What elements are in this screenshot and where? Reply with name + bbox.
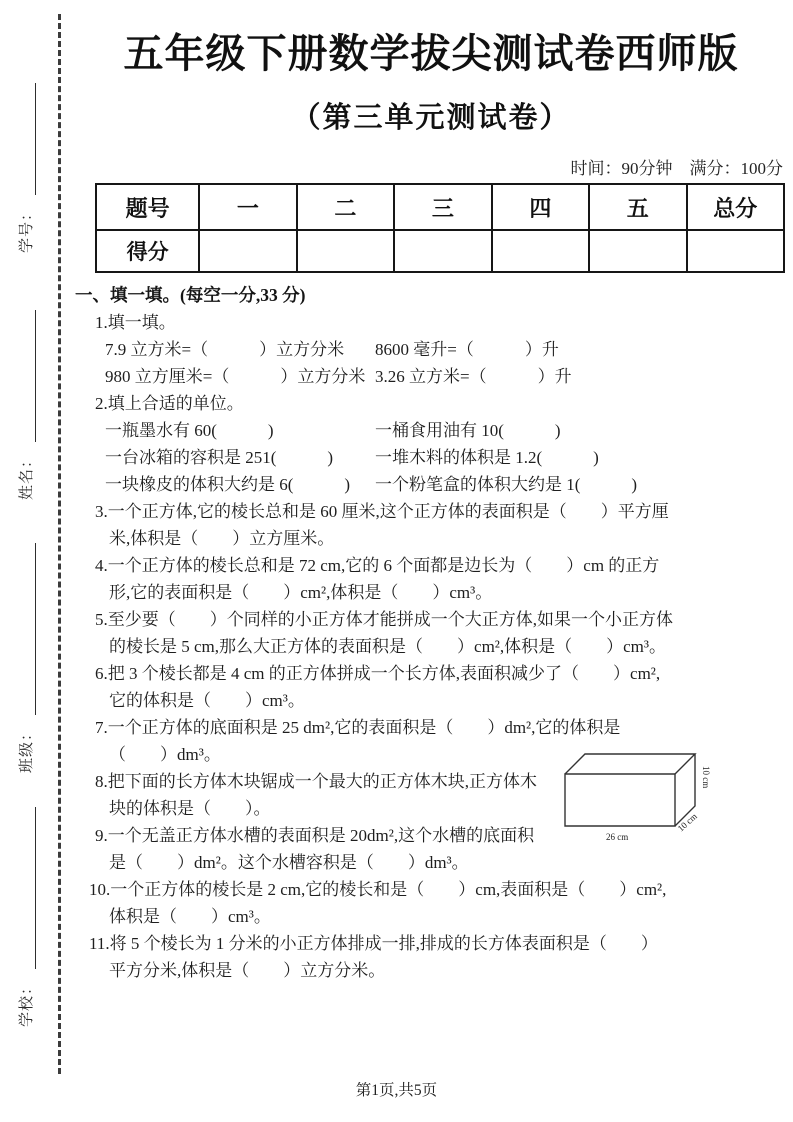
question-6: 6.把 3 个棱长都是 4 cm 的正方体拼成一个长方体,表面积减少了（ ）cm…: [75, 660, 787, 714]
question-1-row-1: 7.9 立方米=（ ）立方分米 8600 毫升=（ ）升: [75, 336, 787, 363]
question-6-line-1: 6.把 3 个棱长都是 4 cm 的正方体拼成一个长方体,表面积减少了（ ）cm…: [75, 660, 787, 687]
student-id-label: 学号：: [14, 205, 40, 253]
margin-field-student-id: 学号：: [14, 83, 40, 253]
main-content: 五年级下册数学拔尖测试卷西师版 （第三单元测试卷） 时间：90分钟 满分：100…: [75, 22, 787, 984]
question-3-line-1: 3.一个正方体,它的棱长总和是 60 厘米,这个正方体的表面积是（ ）平方厘: [75, 498, 787, 525]
score-cell-5: [589, 230, 686, 272]
question-1-row-2: 980 立方厘米=（ ）立方分米 3.26 立方米=（ ）升: [75, 363, 787, 390]
question-5-line-2: 的棱长是 5 cm,那么大正方体的表面积是（ ）cm²,体积是（ ）cm³。: [75, 633, 787, 660]
conversion-blank: 8600 毫升=（ ）升: [375, 336, 787, 363]
student-id-blank-line: [30, 83, 36, 195]
question-10-line-1: 10.一个正方体的棱长是 2 cm,它的棱长和是（ ）cm,表面积是（ ）cm²…: [75, 876, 787, 903]
question-2-row-3: 一块橡皮的体积大约是 6( ) 一个粉笔盒的体积大约是 1( ): [75, 471, 787, 498]
header-cell-section-1: 一: [199, 184, 296, 230]
question-2-row-2: 一台冰箱的容积是 251( ) 一堆木料的体积是 1.2( ): [75, 444, 787, 471]
figure-height-label: 10 cm: [701, 766, 711, 788]
margin-field-class: 班级：: [14, 543, 40, 773]
header-cell-section-5: 五: [589, 184, 686, 230]
class-label: 班级：: [14, 725, 40, 773]
cuboid-figure-container: 26 cm 10 cm 10 cm: [545, 768, 787, 876]
question-4-line-1: 4.一个正方体的棱长总和是 72 cm,它的 6 个面都是边长为（ ）cm 的正…: [75, 552, 787, 579]
question-9-line-2: 是（ ）dm²。这个水槽容积是（ ）dm³。: [75, 849, 545, 876]
score-cell-3: [394, 230, 491, 272]
unit-blank: 一个粉笔盒的体积大约是 1( ): [375, 471, 787, 498]
question-2: 2.填上合适的单位。 一瓶墨水有 60( ) 一桶食用油有 10( ) 一台冰箱…: [75, 390, 787, 498]
question-2-row-1: 一瓶墨水有 60( ) 一桶食用油有 10( ): [75, 417, 787, 444]
question-8-line-2: 块的体积是（ ）。: [75, 795, 545, 822]
section-1-heading: 一、填一填。(每空一分,33 分): [75, 282, 787, 309]
question-8-9-block: 8.把下面的长方体木块锯成一个最大的正方体木块,正方体木 块的体积是（ ）。 9…: [75, 768, 787, 876]
question-4-line-2: 形,它的表面积是（ ）cm²,体积是（ ）cm³。: [75, 579, 787, 606]
question-8-line-1: 8.把下面的长方体木块锯成一个最大的正方体木块,正方体木: [75, 768, 545, 795]
score-table: 题号 一 二 三 四 五 总分 得分: [95, 183, 785, 273]
question-9-line-1: 9.一个无盖正方体水槽的表面积是 20dm²,这个水槽的底面积: [75, 822, 545, 849]
header-cell-section-3: 三: [394, 184, 491, 230]
page-number-footer: 第1页,共5页: [0, 1078, 793, 1100]
header-cell-question-number: 题号: [96, 184, 199, 230]
question-1-lead: 1.填一填。: [75, 309, 787, 336]
question-4: 4.一个正方体的棱长总和是 72 cm,它的 6 个面都是边长为（ ）cm 的正…: [75, 552, 787, 606]
score-table-header-row: 题号 一 二 三 四 五 总分: [96, 184, 784, 230]
question-9: 9.一个无盖正方体水槽的表面积是 20dm²,这个水槽的底面积 是（ ）dm²。…: [75, 822, 545, 876]
conversion-blank: 980 立方厘米=（ ）立方分米: [105, 363, 375, 390]
question-11: 11.将 5 个棱长为 1 分米的小正方体排成一排,排成的长方体表面积是（ ） …: [75, 930, 787, 984]
question-3: 3.一个正方体,它的棱长总和是 60 厘米,这个正方体的表面积是（ ）平方厘 米…: [75, 498, 787, 552]
score-cell-4: [492, 230, 589, 272]
name-blank-line: [30, 310, 36, 442]
header-cell-total: 总分: [687, 184, 784, 230]
conversion-blank: 3.26 立方米=（ ）升: [375, 363, 787, 390]
page-subtitle: （第三单元测试卷）: [75, 95, 787, 136]
question-3-line-2: 米,体积是（ ）立方厘米。: [75, 525, 787, 552]
time-score-meta: 时间：90分钟 满分：100分: [75, 154, 787, 179]
question-1: 1.填一填。 7.9 立方米=（ ）立方分米 8600 毫升=（ ）升 980 …: [75, 309, 787, 390]
question-8: 8.把下面的长方体木块锯成一个最大的正方体木块,正方体木 块的体积是（ ）。: [75, 768, 545, 822]
test-paper-page: 学号： 姓名： 班级： 学校： 五年级下册数学拔尖测试卷西师版 （第三单元测试卷…: [0, 0, 793, 1122]
figure-depth-label: 10 cm: [676, 811, 699, 833]
margin-field-school: 学校：: [14, 807, 40, 1027]
score-cell-2: [297, 230, 394, 272]
question-8-9-text: 8.把下面的长方体木块锯成一个最大的正方体木块,正方体木 块的体积是（ ）。 9…: [75, 768, 545, 876]
question-5-line-1: 5.至少要（ ）个同样的小正方体才能拼成一个大正方体,如果一个小正方体: [75, 606, 787, 633]
school-label: 学校：: [14, 979, 40, 1027]
conversion-blank: 7.9 立方米=（ ）立方分米: [105, 336, 375, 363]
question-10-line-2: 体积是（ ）cm³。: [75, 903, 787, 930]
unit-blank: 一桶食用油有 10( ): [375, 417, 787, 444]
cut-line-dashed-rule: [58, 14, 61, 1074]
unit-blank: 一块橡皮的体积大约是 6( ): [105, 471, 375, 498]
question-11-line-1: 11.将 5 个棱长为 1 分米的小正方体排成一排,排成的长方体表面积是（ ）: [75, 930, 787, 957]
unit-blank: 一瓶墨水有 60( ): [105, 417, 375, 444]
cuboid-figure: 26 cm 10 cm 10 cm: [551, 728, 721, 858]
unit-blank: 一台冰箱的容积是 251( ): [105, 444, 375, 471]
question-6-line-2: 它的体积是（ ）cm³。: [75, 687, 787, 714]
score-row-label: 得分: [96, 230, 199, 272]
score-table-score-row: 得分: [96, 230, 784, 272]
question-2-lead: 2.填上合适的单位。: [75, 390, 787, 417]
figure-length-label: 26 cm: [606, 832, 628, 842]
question-10: 10.一个正方体的棱长是 2 cm,它的棱长和是（ ）cm,表面积是（ ）cm²…: [75, 876, 787, 930]
score-cell-1: [199, 230, 296, 272]
score-cell-total: [687, 230, 784, 272]
class-blank-line: [30, 543, 36, 715]
question-11-line-2: 平方分米,体积是（ ）立方分米。: [75, 957, 787, 984]
header-cell-section-4: 四: [492, 184, 589, 230]
question-5: 5.至少要（ ）个同样的小正方体才能拼成一个大正方体,如果一个小正方体 的棱长是…: [75, 606, 787, 660]
unit-blank: 一堆木料的体积是 1.2( ): [375, 444, 787, 471]
school-blank-line: [30, 807, 36, 969]
page-title: 五年级下册数学拔尖测试卷西师版: [75, 22, 787, 79]
header-cell-section-2: 二: [297, 184, 394, 230]
name-label: 姓名：: [14, 452, 40, 500]
margin-field-name: 姓名：: [14, 310, 40, 500]
